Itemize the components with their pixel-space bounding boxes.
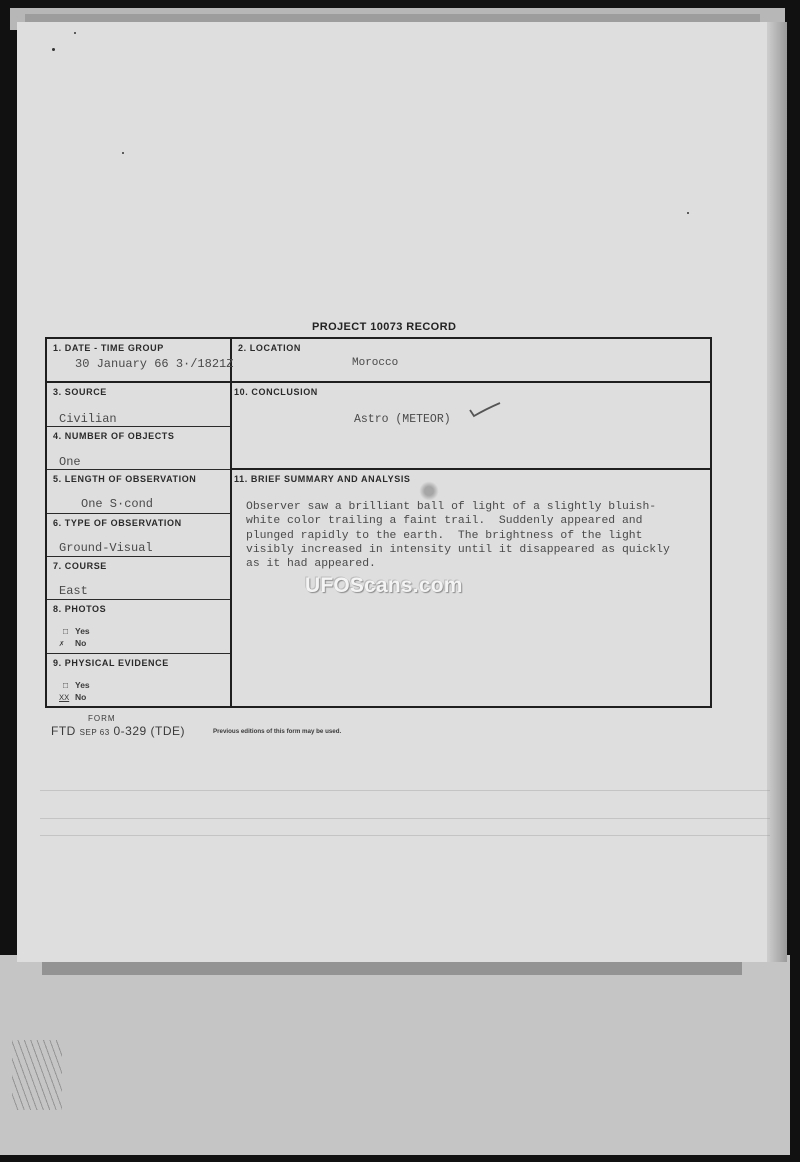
summary-text: Observer saw a brilliant ball of light o… — [246, 500, 716, 571]
type-observation-cell: 6. TYPE OF OBSERVATION Ground-Visual — [47, 514, 230, 557]
physical-evidence-no-option[interactable]: XXNo — [59, 692, 86, 703]
course-cell: 7. COURSE East — [47, 557, 230, 600]
source-cell: 3. SOURCE Civilian — [47, 383, 230, 427]
page-right-edge — [765, 22, 787, 962]
length-observation-label: 5. LENGTH OF OBSERVATION — [53, 474, 196, 484]
checkbox-checked-icon: ✗ — [59, 639, 75, 649]
form-word: FORM — [88, 714, 116, 723]
conclusion-label: 10. CONCLUSION — [234, 387, 318, 397]
source-label: 3. SOURCE — [53, 387, 107, 397]
form-title: PROJECT 10073 RECORD — [312, 321, 456, 333]
scan-backing — [0, 955, 790, 1155]
checkbox-empty-icon: □ — [63, 681, 75, 691]
physical-evidence-yes-option[interactable]: □Yes — [63, 680, 90, 691]
type-observation-label: 6. TYPE OF OBSERVATION — [53, 518, 182, 528]
conclusion-cell: 10. CONCLUSION Astro (METEOR) — [230, 383, 710, 470]
checkbox-checked-icon: XX — [59, 693, 75, 703]
location-value: Morocco — [352, 357, 398, 369]
checkbox-empty-icon: □ — [63, 627, 75, 637]
conclusion-value: Astro (METEOR) — [354, 413, 451, 426]
location-label: 2. LOCATION — [238, 343, 301, 353]
left-column: 3. SOURCE Civilian 4. NUMBER OF OBJECTS … — [47, 383, 232, 708]
speck — [687, 212, 689, 214]
form-code: FTD SEP 63 0-329 (TDE) — [51, 724, 185, 738]
summary-label: 11. BRIEF SUMMARY AND ANALYSIS — [234, 474, 411, 484]
photos-cell: 8. PHOTOS □Yes ✗No — [47, 600, 230, 654]
course-label: 7. COURSE — [53, 561, 107, 571]
scan-line — [40, 818, 770, 819]
speck — [122, 152, 124, 154]
scan-line — [40, 835, 770, 836]
length-observation-cell: 5. LENGTH OF OBSERVATION One S·cond — [47, 470, 230, 514]
date-time-label: 1. DATE - TIME GROUP — [53, 343, 164, 353]
film-scratch — [12, 1040, 62, 1110]
photos-label: 8. PHOTOS — [53, 604, 106, 614]
photos-yes-option[interactable]: □Yes — [63, 626, 90, 637]
physical-evidence-cell: 9. PHYSICAL EVIDENCE □Yes XXNo — [47, 654, 230, 708]
course-value: East — [59, 584, 88, 598]
photos-no-option[interactable]: ✗No — [59, 638, 86, 649]
number-objects-cell: 4. NUMBER OF OBJECTS One — [47, 427, 230, 470]
record-form: 1. DATE - TIME GROUP 30 January 66 3·/18… — [45, 337, 712, 708]
speck — [74, 32, 76, 34]
type-observation-value: Ground-Visual — [59, 541, 153, 555]
number-objects-value: One — [59, 455, 81, 469]
physical-evidence-label: 9. PHYSICAL EVIDENCE — [53, 658, 169, 668]
date-time-value: 30 January 66 3·/1821Z — [75, 357, 233, 371]
scan-film-edge-bottom — [42, 962, 742, 975]
checkmark-icon — [468, 401, 502, 419]
length-observation-value: One S·cond — [81, 497, 153, 511]
number-objects-label: 4. NUMBER OF OBJECTS — [53, 431, 175, 441]
row-date-location: 1. DATE - TIME GROUP 30 January 66 3·/18… — [47, 339, 710, 383]
watermark: UFOScans.com — [305, 574, 463, 598]
form-note: Previous editions of this form may be us… — [213, 728, 341, 735]
right-column: 10. CONCLUSION Astro (METEOR) 11. BRIEF … — [230, 383, 710, 708]
scan-line — [40, 790, 770, 791]
speck — [52, 48, 55, 51]
source-value: Civilian — [59, 412, 117, 426]
summary-cell: 11. BRIEF SUMMARY AND ANALYSIS Observer … — [230, 470, 710, 708]
